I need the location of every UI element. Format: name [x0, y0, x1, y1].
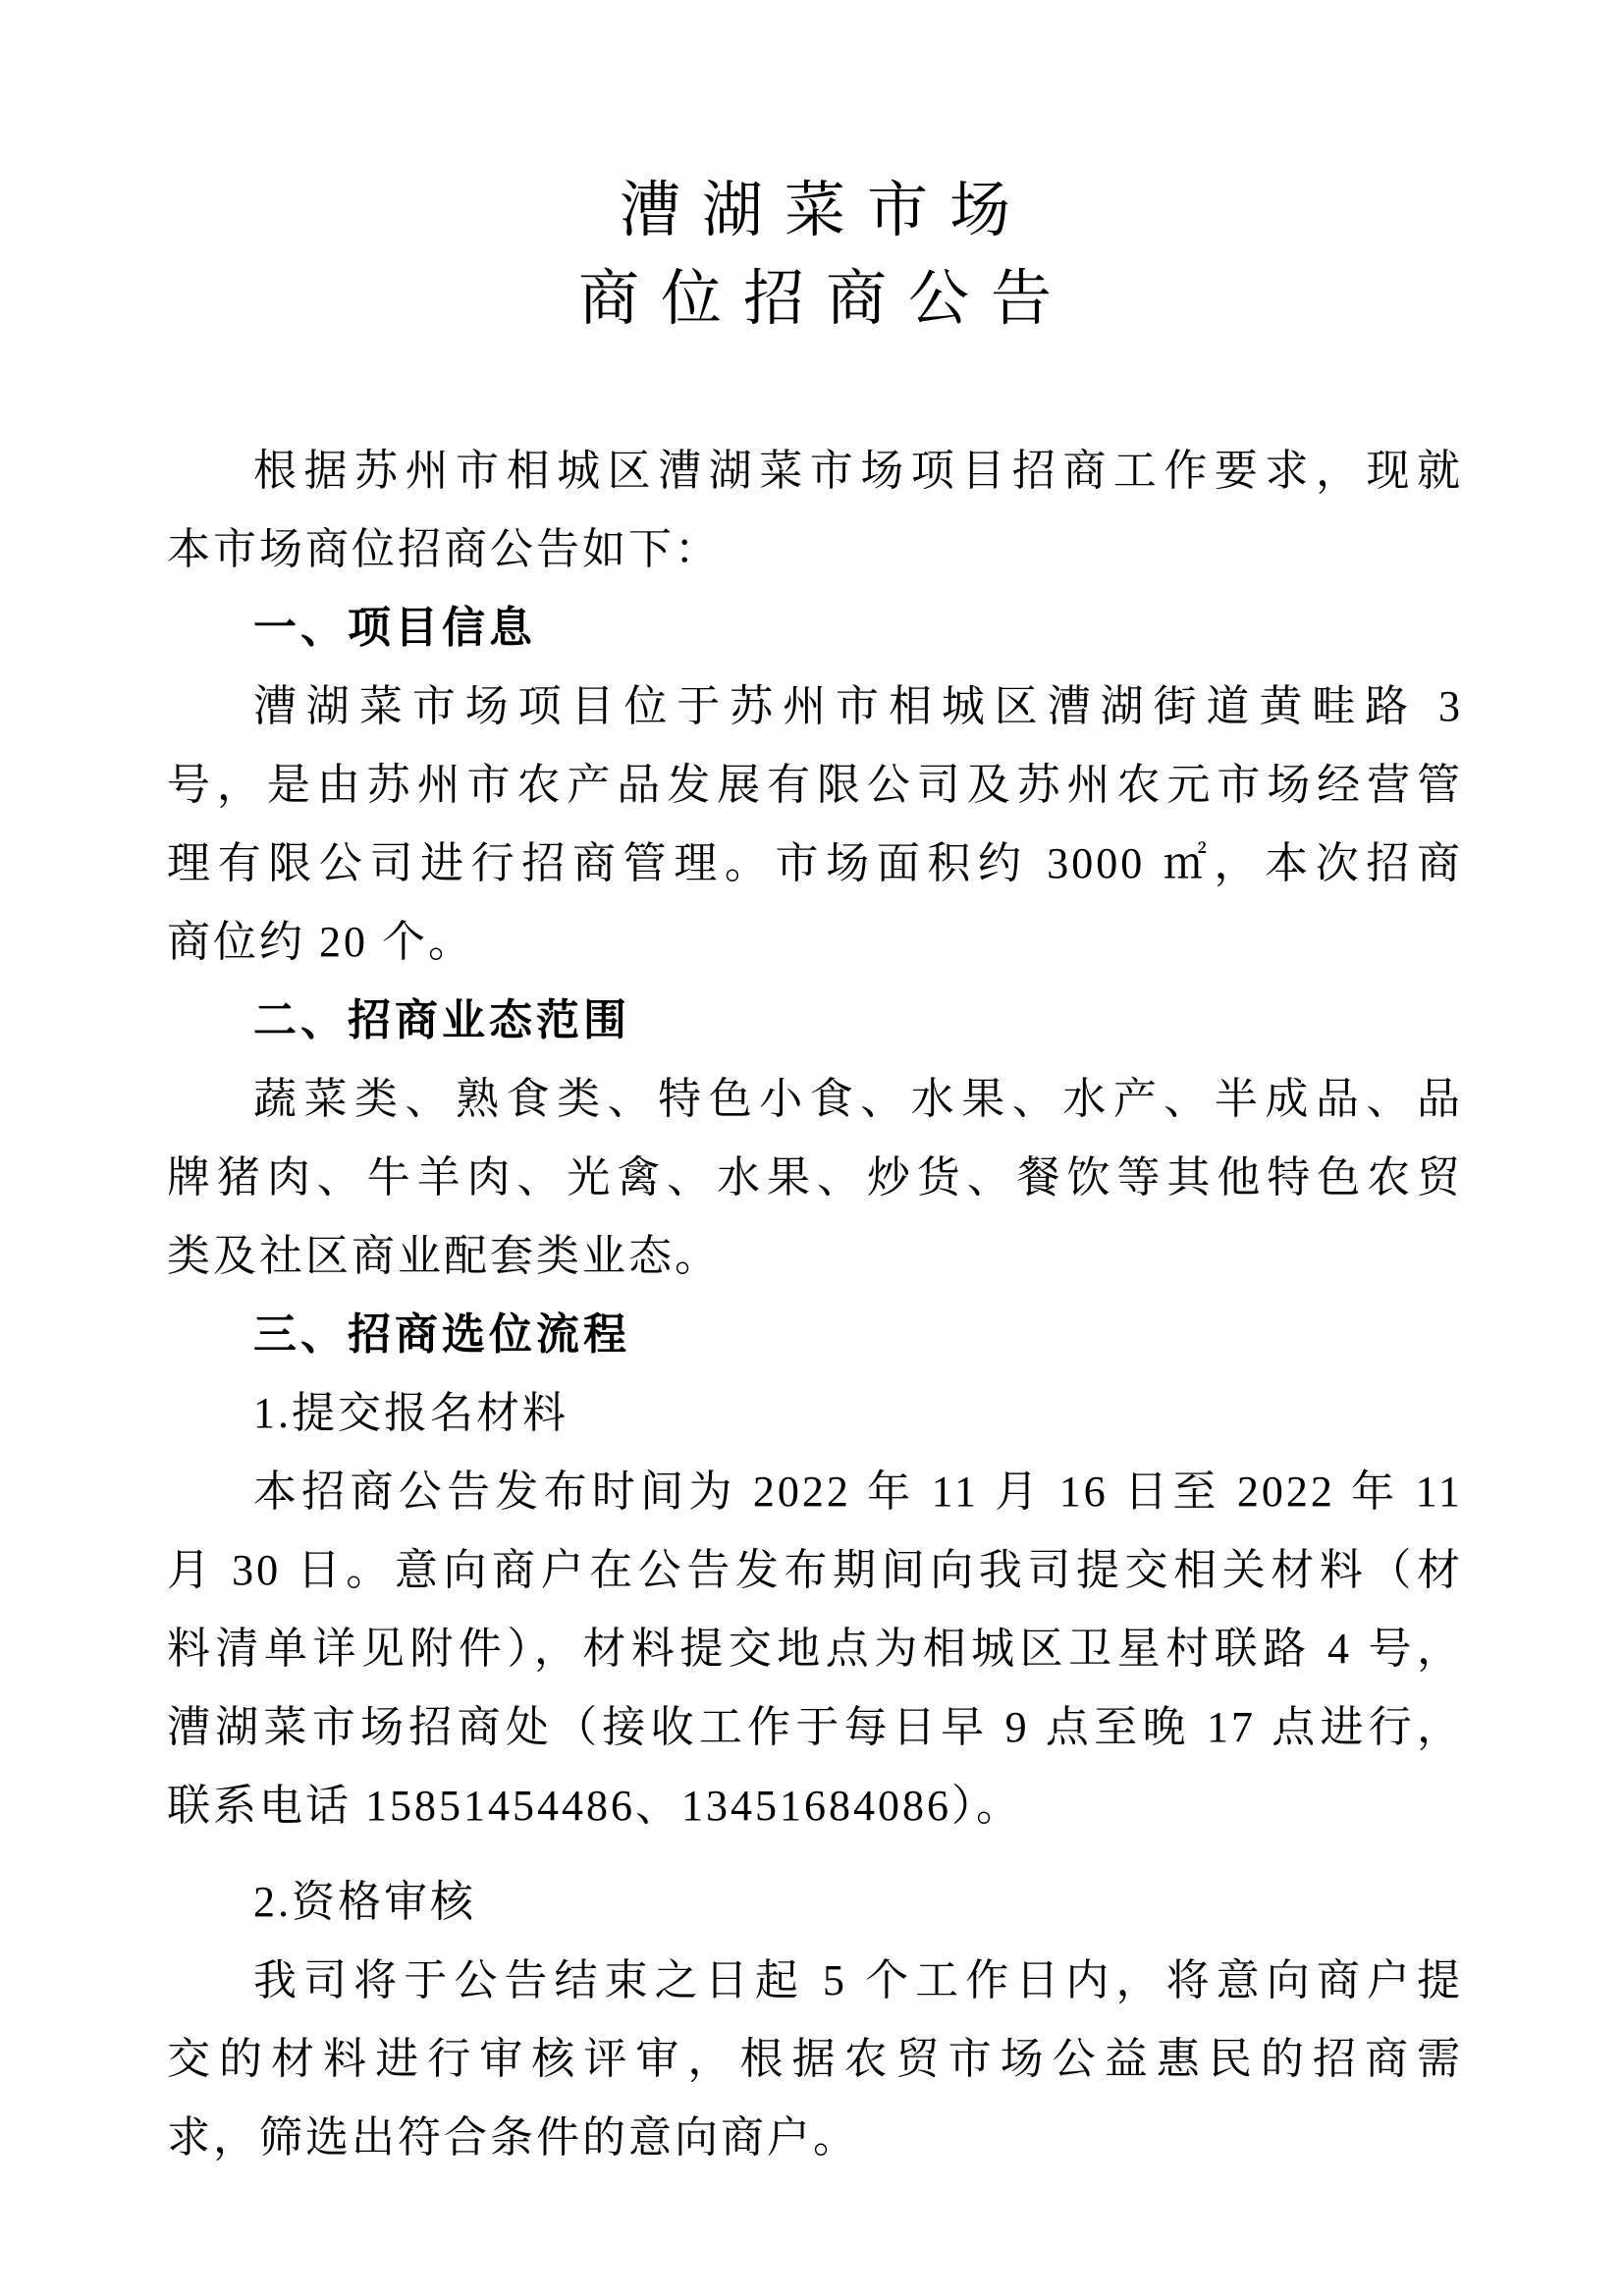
- paragraph-line: 号，是由苏州市农产品发展有限公司及苏州农元市场经营管: [167, 746, 1463, 825]
- step-2-paragraph: 我司将于公告结束之日起 5 个工作日内，将意向商户提 交的材料进行审核评审，根据…: [167, 1942, 1463, 2177]
- step-2-heading: 2.资格审核: [167, 1863, 1463, 1942]
- section-2-heading: 二、招商业态范围: [167, 982, 1463, 1060]
- section-3-heading: 三、招商选位流程: [167, 1296, 1463, 1374]
- title-line-1: 漕湖菜市场: [167, 167, 1463, 255]
- intro-paragraph: 根据苏州市相城区漕湖菜市场项目招商工作要求，现就 本市场商位招商公告如下：: [167, 432, 1463, 589]
- step-1-paragraph: 本招商公告发布时间为 2022 年 11 月 16 日至 2022 年 11 月…: [167, 1453, 1463, 1845]
- paragraph-line: 月 30 日。意向商户在公告发布期间向我司提交相关材料（材: [167, 1531, 1463, 1610]
- paragraph-line: 商位约 20 个。: [167, 903, 1463, 982]
- paragraph-line: 漕湖菜市场项目位于苏州市相城区漕湖街道黄畦路 3: [167, 667, 1463, 746]
- paragraph-line: 根据苏州市相城区漕湖菜市场项目招商工作要求，现就: [167, 432, 1463, 510]
- paragraph-line: 类及社区商业配套类业态。: [167, 1217, 1463, 1296]
- paragraph-line: 料清单详见附件），材料提交地点为相城区卫星村联路 4 号，: [167, 1610, 1463, 1688]
- title-line-2: 商位招商公告: [167, 255, 1463, 344]
- section-1-heading: 一、项目信息: [167, 589, 1463, 667]
- paragraph-line: 求，筛选出符合条件的意向商户。: [167, 2099, 1463, 2177]
- paragraph-line: 漕湖菜市场招商处（接收工作于每日早 9 点至晚 17 点进行，: [167, 1688, 1463, 1767]
- paragraph-line: 本市场商位招商公告如下：: [167, 510, 1463, 589]
- paragraph-line: 蔬菜类、熟食类、特色小食、水果、水产、半成品、品: [167, 1060, 1463, 1139]
- section-2-paragraph: 蔬菜类、熟食类、特色小食、水果、水产、半成品、品 牌猪肉、牛羊肉、光禽、水果、炒…: [167, 1060, 1463, 1296]
- paragraph-line: 本招商公告发布时间为 2022 年 11 月 16 日至 2022 年 11: [167, 1453, 1463, 1531]
- paragraph-line: 牌猪肉、牛羊肉、光禽、水果、炒货、餐饮等其他特色农贸: [167, 1139, 1463, 1217]
- step-1-heading: 1.提交报名材料: [167, 1374, 1463, 1453]
- paragraph-line: 理有限公司进行招商管理。市场面积约 3000 ㎡，本次招商: [167, 825, 1463, 903]
- section-1-paragraph: 漕湖菜市场项目位于苏州市相城区漕湖街道黄畦路 3 号，是由苏州市农产品发展有限公…: [167, 667, 1463, 982]
- document-page: 漕湖菜市场 商位招商公告 根据苏州市相城区漕湖菜市场项目招商工作要求，现就 本市…: [0, 0, 1624, 2296]
- paragraph-line: 交的材料进行审核评审，根据农贸市场公益惠民的招商需: [167, 2020, 1463, 2099]
- paragraph-line: 我司将于公告结束之日起 5 个工作日内，将意向商户提: [167, 1942, 1463, 2020]
- paragraph-line: 联系电话 15851454486、13451684086）。: [167, 1767, 1463, 1845]
- document-title: 漕湖菜市场 商位招商公告: [167, 167, 1463, 344]
